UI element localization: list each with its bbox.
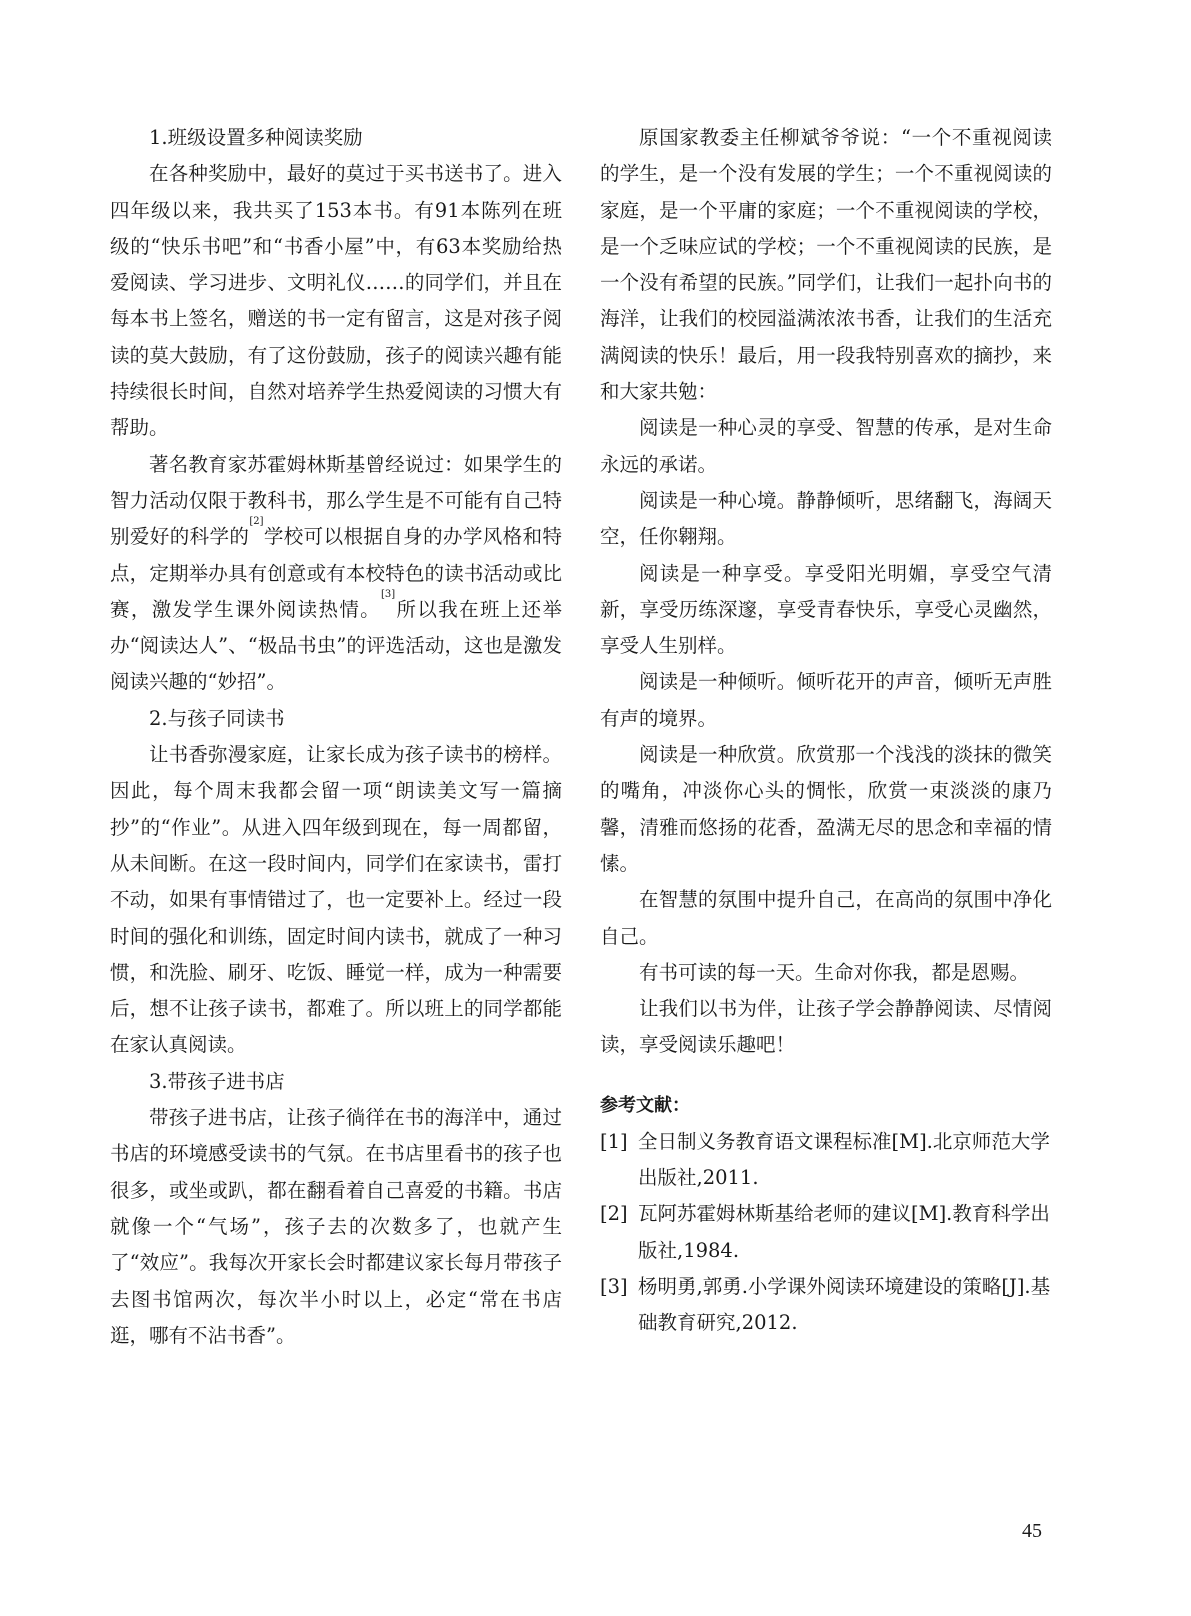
section3-paragraph-1: 带孩子进书店，让孩子徜徉在书的海洋中，通过书店的环境感受读书的气氛。在书店里看书… <box>110 1100 562 1354</box>
reference-item: [3] 杨明勇,郭勇.小学课外阅读环境建设的策略[J].基础教育研究,2012. <box>600 1269 1052 1342</box>
reference-number: [3] <box>600 1269 638 1342</box>
citation-3: [3] <box>381 589 395 600</box>
section1-paragraph-2: 著名教育家苏霍姆林斯基曾经说过：如果学生的智力活动仅限于教科书，那么学生是不可能… <box>110 447 562 701</box>
right-paragraph: 阅读是一种欣赏。欣赏那一个浅浅的淡抹的微笑的嘴角，冲淡你心头的惆怅，欣赏一束淡淡… <box>600 737 1052 882</box>
right-paragraph: 有书可读的每一天。生命对你我，都是恩赐。 <box>600 955 1052 991</box>
right-paragraph: 阅读是一种倾听。倾听花开的声音，倾听无声胜有声的境界。 <box>600 664 1052 737</box>
right-paragraph: 阅读是一种心境。静静倾听，思绪翻飞，海阔天空，任你翱翔。 <box>600 483 1052 556</box>
right-paragraph: 阅读是一种心灵的享受、智慧的传承，是对生命永远的承诺。 <box>600 410 1052 483</box>
reference-item: [1] 全日制义务教育语文课程标准[M].北京师范大学出版社,2011. <box>600 1124 1052 1197</box>
reference-item: [2] 瓦阿苏霍姆林斯基给老师的建议[M].教育科学出版社,1984. <box>600 1196 1052 1269</box>
right-paragraph: 在智慧的氛围中提升自己，在高尚的氛围中净化自己。 <box>600 882 1052 955</box>
reference-text: 杨明勇,郭勇.小学课外阅读环境建设的策略[J].基础教育研究,2012. <box>638 1269 1052 1342</box>
right-paragraph: 让我们以书为伴，让孩子学会静静阅读、尽情阅读，享受阅读乐趣吧！ <box>600 991 1052 1064</box>
right-column: 原国家教委主任柳斌爷爷说：“一个不重视阅读的学生，是一个没有发展的学生；一个不重… <box>600 120 1052 1342</box>
reference-number: [2] <box>600 1196 638 1269</box>
section2-paragraph-1: 让书香弥漫家庭，让家长成为孩子读书的榜样。因此，每个周末我都会留一项“朗读美文写… <box>110 737 562 1064</box>
section1-paragraph-1: 在各种奖励中，最好的莫过于买书送书了。进入四年级以来，我共买了153本书。有91… <box>110 156 562 446</box>
right-paragraph: 原国家教委主任柳斌爷爷说：“一个不重视阅读的学生，是一个没有发展的学生；一个不重… <box>600 120 1052 410</box>
reference-text: 全日制义务教育语文课程标准[M].北京师范大学出版社,2011. <box>638 1124 1052 1197</box>
reference-number: [1] <box>600 1124 638 1197</box>
left-column: 1.班级设置多种阅读奖励 在各种奖励中，最好的莫过于买书送书了。进入四年级以来，… <box>110 120 562 1354</box>
page-number: 45 <box>1022 1520 1042 1543</box>
section-heading-2: 2.与孩子同读书 <box>110 701 562 737</box>
citation-2: [2] <box>249 516 263 527</box>
section-heading-3: 3.带孩子进书店 <box>110 1064 562 1100</box>
section-heading-1: 1.班级设置多种阅读奖励 <box>110 120 562 156</box>
right-paragraph: 阅读是一种享受。享受阳光明媚，享受空气清新，享受历练深邃，享受青春快乐，享受心灵… <box>600 556 1052 665</box>
references-title: 参考文献： <box>600 1088 1052 1124</box>
reference-text: 瓦阿苏霍姆林斯基给老师的建议[M].教育科学出版社,1984. <box>638 1196 1052 1269</box>
